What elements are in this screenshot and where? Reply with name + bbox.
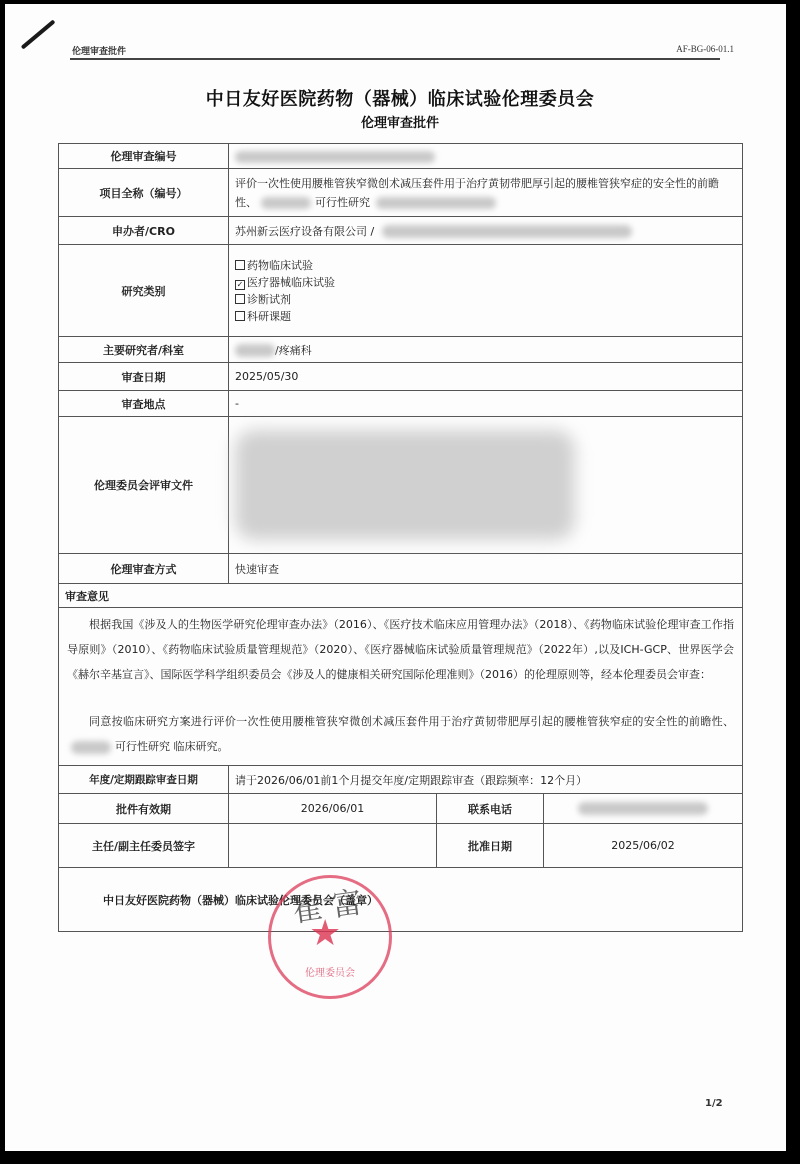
label-pi: 主要研究者/科室 bbox=[59, 337, 229, 363]
value-followup: 请于2026/06/01前1个月提交年度/定期跟踪审查（跟踪频率：12个月） bbox=[229, 766, 743, 794]
row-sponsor: 申办者/CRO 苏州新云医疗设备有限公司 / bbox=[59, 217, 743, 245]
label-documents: 伦理委员会评审文件 bbox=[59, 417, 229, 554]
row-seal: 中日友好医院药物（器械）临床试验伦理委员会（盖章） bbox=[59, 868, 743, 932]
row-review-method: 伦理审查方式 快速审查 bbox=[59, 554, 743, 584]
value-signature bbox=[229, 824, 437, 868]
checkbox-research[interactable]: 科研课题 bbox=[235, 308, 736, 325]
row-documents: 伦理委员会评审文件 bbox=[59, 417, 743, 554]
opinion-paragraph-2: 同意按临床研究方案进行评价一次性使用腰椎管狭窄微创术减压套件用于治疗黄韧带肥厚引… bbox=[67, 709, 734, 759]
redacted-contact bbox=[578, 802, 708, 815]
value-review-place: - bbox=[229, 391, 743, 417]
row-review-date: 审查日期 2025/05/30 bbox=[59, 363, 743, 391]
header-divider bbox=[70, 58, 720, 60]
redacted-pi-name bbox=[235, 344, 275, 357]
checkbox-drug-trial[interactable]: 药物临床试验 bbox=[235, 257, 736, 274]
value-documents bbox=[229, 417, 743, 554]
label-review-method: 伦理审查方式 bbox=[59, 554, 229, 584]
page-number: 1/2 bbox=[705, 1098, 723, 1109]
label-review-no: 伦理审查编号 bbox=[59, 144, 229, 169]
value-project: 评价一次性使用腰椎管狭窄微创术减压套件用于治疗黄韧带肥厚引起的腰椎管狭窄症的安全… bbox=[229, 169, 743, 217]
value-review-no bbox=[229, 144, 743, 169]
label-signature: 主任/副主任委员签字 bbox=[59, 824, 229, 868]
label-review-place: 审查地点 bbox=[59, 391, 229, 417]
value-study-type: 药物临床试验 ✓医疗器械临床试验 诊断试剂 科研课题 bbox=[229, 245, 743, 337]
row-review-no: 伦理审查编号 bbox=[59, 144, 743, 169]
checkbox-empty-icon bbox=[235, 294, 245, 304]
row-project: 项目全称（编号） 评价一次性使用腰椎管狭窄微创术减压套件用于治疗黄韧带肥厚引起的… bbox=[59, 169, 743, 217]
value-review-method: 快速审查 bbox=[229, 554, 743, 584]
opinion-heading: 审查意见 bbox=[59, 584, 743, 608]
label-sponsor: 申办者/CRO bbox=[59, 217, 229, 245]
redacted-opinion-part bbox=[71, 741, 111, 754]
value-validity: 2026/06/01 bbox=[229, 794, 437, 824]
document-title: 中日友好医院药物（器械）临床试验伦理委员会 bbox=[0, 85, 800, 111]
row-opinion-heading: 审查意见 bbox=[59, 584, 743, 608]
opinion-paragraph-1: 根据我国《涉及人的生物医学研究伦理审查办法》（2016）、《医疗技术临床应用管理… bbox=[67, 612, 734, 687]
value-pi: /疼痛科 bbox=[229, 337, 743, 363]
redacted-project-no bbox=[376, 197, 496, 209]
checkbox-empty-icon bbox=[235, 260, 245, 270]
label-contact: 联系电话 bbox=[437, 794, 544, 824]
checkbox-diagnostic[interactable]: 诊断试剂 bbox=[235, 291, 736, 308]
row-validity-contact: 批件有效期 2026/06/01 联系电话 bbox=[59, 794, 743, 824]
checkbox-checked-icon: ✓ bbox=[235, 280, 245, 290]
label-followup: 年度/定期跟踪审查日期 bbox=[59, 766, 229, 794]
row-study-type: 研究类别 药物临床试验 ✓医疗器械临床试验 诊断试剂 科研课题 bbox=[59, 245, 743, 337]
label-approval-date: 批准日期 bbox=[437, 824, 544, 868]
row-signature-approval: 主任/副主任委员签字 批准日期 2025/06/02 bbox=[59, 824, 743, 868]
redacted-review-no bbox=[235, 151, 435, 163]
value-sponsor: 苏州新云医疗设备有限公司 / bbox=[229, 217, 743, 245]
committee-seal-text: 中日友好医院药物（器械）临床试验伦理委员会（盖章） bbox=[59, 868, 743, 932]
row-review-place: 审查地点 - bbox=[59, 391, 743, 417]
row-opinion: 根据我国《涉及人的生物医学研究伦理审查办法》（2016）、《医疗技术临床应用管理… bbox=[59, 608, 743, 766]
row-followup: 年度/定期跟踪审查日期 请于2026/06/01前1个月提交年度/定期跟踪审查（… bbox=[59, 766, 743, 794]
approval-form-table: 伦理审查编号 项目全称（编号） 评价一次性使用腰椎管狭窄微创术减压套件用于治疗黄… bbox=[58, 143, 743, 932]
value-review-date: 2025/05/30 bbox=[229, 363, 743, 391]
label-project: 项目全称（编号） bbox=[59, 169, 229, 217]
document-subtitle: 伦理审查批件 bbox=[0, 112, 800, 131]
checkbox-device-trial[interactable]: ✓医疗器械临床试验 bbox=[235, 274, 736, 291]
label-study-type: 研究类别 bbox=[59, 245, 229, 337]
value-approval-date: 2025/06/02 bbox=[544, 824, 743, 868]
label-validity: 批件有效期 bbox=[59, 794, 229, 824]
form-name: 伦理审查批件 bbox=[72, 44, 126, 57]
row-pi: 主要研究者/科室 /疼痛科 bbox=[59, 337, 743, 363]
redacted-project-part bbox=[261, 197, 311, 209]
form-code: AF-BG-06-01.1 bbox=[676, 44, 734, 54]
redacted-documents bbox=[235, 430, 575, 540]
value-contact bbox=[544, 794, 743, 824]
redacted-cro bbox=[382, 225, 632, 238]
opinion-body: 根据我国《涉及人的生物医学研究伦理审查办法》（2016）、《医疗技术临床应用管理… bbox=[59, 608, 743, 766]
label-review-date: 审查日期 bbox=[59, 363, 229, 391]
checkbox-empty-icon bbox=[235, 311, 245, 321]
